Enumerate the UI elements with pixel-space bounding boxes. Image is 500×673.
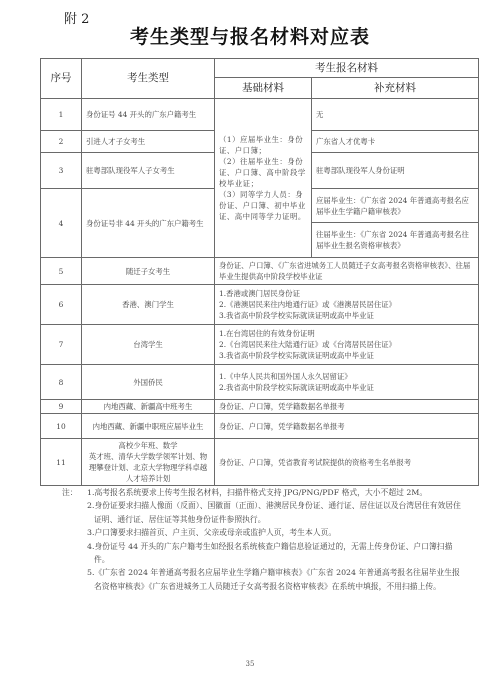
note-item: 4.身份证号 44 开头的广东户籍考生如经报名系统核查户籍信息验证通过的，无需上… [78,540,462,567]
basic-item: （1）应届毕业生：身份证、户口簿； [219,134,307,156]
table-row: 5 随迁子女考生 身份证、户口簿、《广东省进城务工人员随迁子女高考报名资格审核表… [41,258,479,285]
column-header-materials: 考生报名材料 [215,59,479,78]
table-row: 6 香港、澳门学生 1.香港或澳门居民身份证 2.《港澳居民来往内地通行证》或《… [41,285,479,325]
row-type: 身份证号非 44 开头的广东户籍考生 [82,189,215,258]
material-item: 3.我省高中阶段学校实际就读证明或高中毕业证 [219,350,474,361]
row-type: 香港、澳门学生 [82,285,215,325]
note-item: 3.户口簿要求扫描首页、户主页、父亲或母亲或监护人页，考生本人页。 [78,526,462,539]
row-materials: 身份证、户口簿，凭省教育考试院提供的资格考生名单报考 [215,439,479,486]
row-materials: 身份证、户口簿，凭学籍数据名单报考 [215,400,479,414]
row-type: 身份证号 44 开头的广东户籍考生 [82,99,215,131]
row-seq: 2 [41,131,82,153]
notes-label: 注： [62,486,78,593]
basic-item: （2）往届毕业生：身份证、户口簿、高中阶段学校毕业证； [219,156,307,189]
table-row: 7 台湾学生 1.在台湾居住的有效身份证明 2.《台湾居民来往大陆通行证》或《台… [41,325,479,365]
note-item: 1.高考报名系统要求上传考生报名材料，扫描件格式支持 JPG/PNG/PDF 格… [78,486,462,499]
column-header-basic: 基础材料 [215,78,312,99]
row-seq: 8 [41,365,82,400]
row-supplementary-current: 应届毕业生：《广东省 2024 年普通高考报名应届毕业生学籍户籍审核表》 [312,189,479,223]
material-item: 2.《台湾居民来往大陆通行证》或《台湾居民居住证》 [219,339,474,350]
row-supplementary: 无 [312,99,479,131]
material-item: 3.我省高中阶段学校实际就读证明或高中毕业证 [219,310,474,321]
page-number: 35 [0,660,500,668]
table-row: 8 外国侨民 1.《中华人民共和国外国人永久居留证》 2.我省高中阶段学校实际就… [41,365,479,400]
row-seq: 6 [41,285,82,325]
type-line: 高校少年班、数学 [86,440,210,451]
note-item: 5.《广东省 2024 年普通高考报名应届毕业生学籍户籍审核表》《广东省 202… [78,566,462,593]
row-materials: 身份证、户口簿、《广东省进城务工人员随迁子女高考报名资格审核表》、往届毕业生提供… [215,258,479,285]
row-seq: 11 [41,439,82,486]
row-seq: 4 [41,189,82,258]
row-seq: 7 [41,325,82,365]
row-type: 高校少年班、数学 英才班、清华大学数学领军计划、物理攀登计划、北京大学物理学科卓… [82,439,215,486]
row-type: 随迁子女考生 [82,258,215,285]
row-type: 台湾学生 [82,325,215,365]
material-item: 2.《港澳居民来往内地通行证》或《港澳居民居住证》 [219,299,474,310]
basic-materials-merged: （1）应届毕业生：身份证、户口簿； （2）往届毕业生：身份证、户口簿、高中阶段学… [215,99,312,258]
row-type: 引进人才子女考生 [82,131,215,153]
table-row: 1 身份证号 44 开头的广东户籍考生 （1）应届毕业生：身份证、户口簿； （2… [41,99,479,131]
type-line: 英才班、清华大学数学领军计划、物理攀登计划、北京大学物理学科卓越人才培养计划 [86,451,210,484]
column-header-supplementary: 补充材料 [312,78,479,99]
notes-section: 注： 1.高考报名系统要求上传考生报名材料，扫描件格式支持 JPG/PNG/PD… [62,486,462,593]
material-item: 1.《中华人民共和国外国人永久居留证》 [219,371,474,382]
row-seq: 10 [41,414,82,439]
material-item: 2.我省高中阶段学校实际就读证明或高中毕业证 [219,382,474,393]
note-item: 2.身份证要求扫描人像面（反面）、国徽面（正面）、港澳居民身份证、通行证、居住证… [78,499,462,526]
row-materials: 1.《中华人民共和国外国人永久居留证》 2.我省高中阶段学校实际就读证明或高中毕… [215,365,479,400]
row-materials: 1.香港或澳门居民身份证 2.《港澳居民来往内地通行证》或《港澳居民居住证》 3… [215,285,479,325]
table-row: 11 高校少年班、数学 英才班、清华大学数学领军计划、物理攀登计划、北京大学物理… [41,439,479,486]
material-item: 1.香港或澳门居民身份证 [219,288,474,299]
table-row: 9 内地西藏、新疆高中班考生 身份证、户口簿，凭学籍数据名单报考 [41,400,479,414]
material-item: 1.在台湾居住的有效身份证明 [219,328,474,339]
row-seq: 5 [41,258,82,285]
page-title: 考生类型与报名材料对应表 [0,22,500,49]
row-type: 内地西藏、新疆高中班考生 [82,400,215,414]
column-header-seq: 序号 [41,59,82,99]
row-materials: 身份证、户口簿，凭学籍数据名单报考 [215,414,479,439]
row-seq: 1 [41,99,82,131]
table-row: 10 内地西藏、新疆中职班应届毕业生 身份证、户口簿，凭学籍数据名单报考 [41,414,479,439]
row-supplementary-previous: 往届毕业生：《广东省 2024 年普通高考报名往届毕业生报名资格审核表》 [312,223,479,258]
note-row: 注： 1.高考报名系统要求上传考生报名材料，扫描件格式支持 JPG/PNG/PD… [62,486,462,593]
row-type: 驻粤部队现役军人子女考生 [82,153,215,189]
row-supplementary: 驻粤部队现役军人身份证明 [312,153,479,189]
row-supplementary: 广东省人才优粤卡 [312,131,479,153]
row-type: 外国侨民 [82,365,215,400]
column-header-type: 考生类型 [82,59,215,99]
row-seq: 3 [41,153,82,189]
row-materials: 1.在台湾居住的有效身份证明 2.《台湾居民来往大陆通行证》或《台湾居民居住证》… [215,325,479,365]
basic-item: （3）同等学力人员：身份证、户口簿、初中毕业证、高中同等学力证明。 [219,189,307,222]
row-seq: 9 [41,400,82,414]
row-type: 内地西藏、新疆中职班应届毕业生 [82,414,215,439]
materials-table: 序号 考生类型 考生报名材料 基础材料 补充材料 1 身份证号 44 开头的广东… [40,58,479,486]
